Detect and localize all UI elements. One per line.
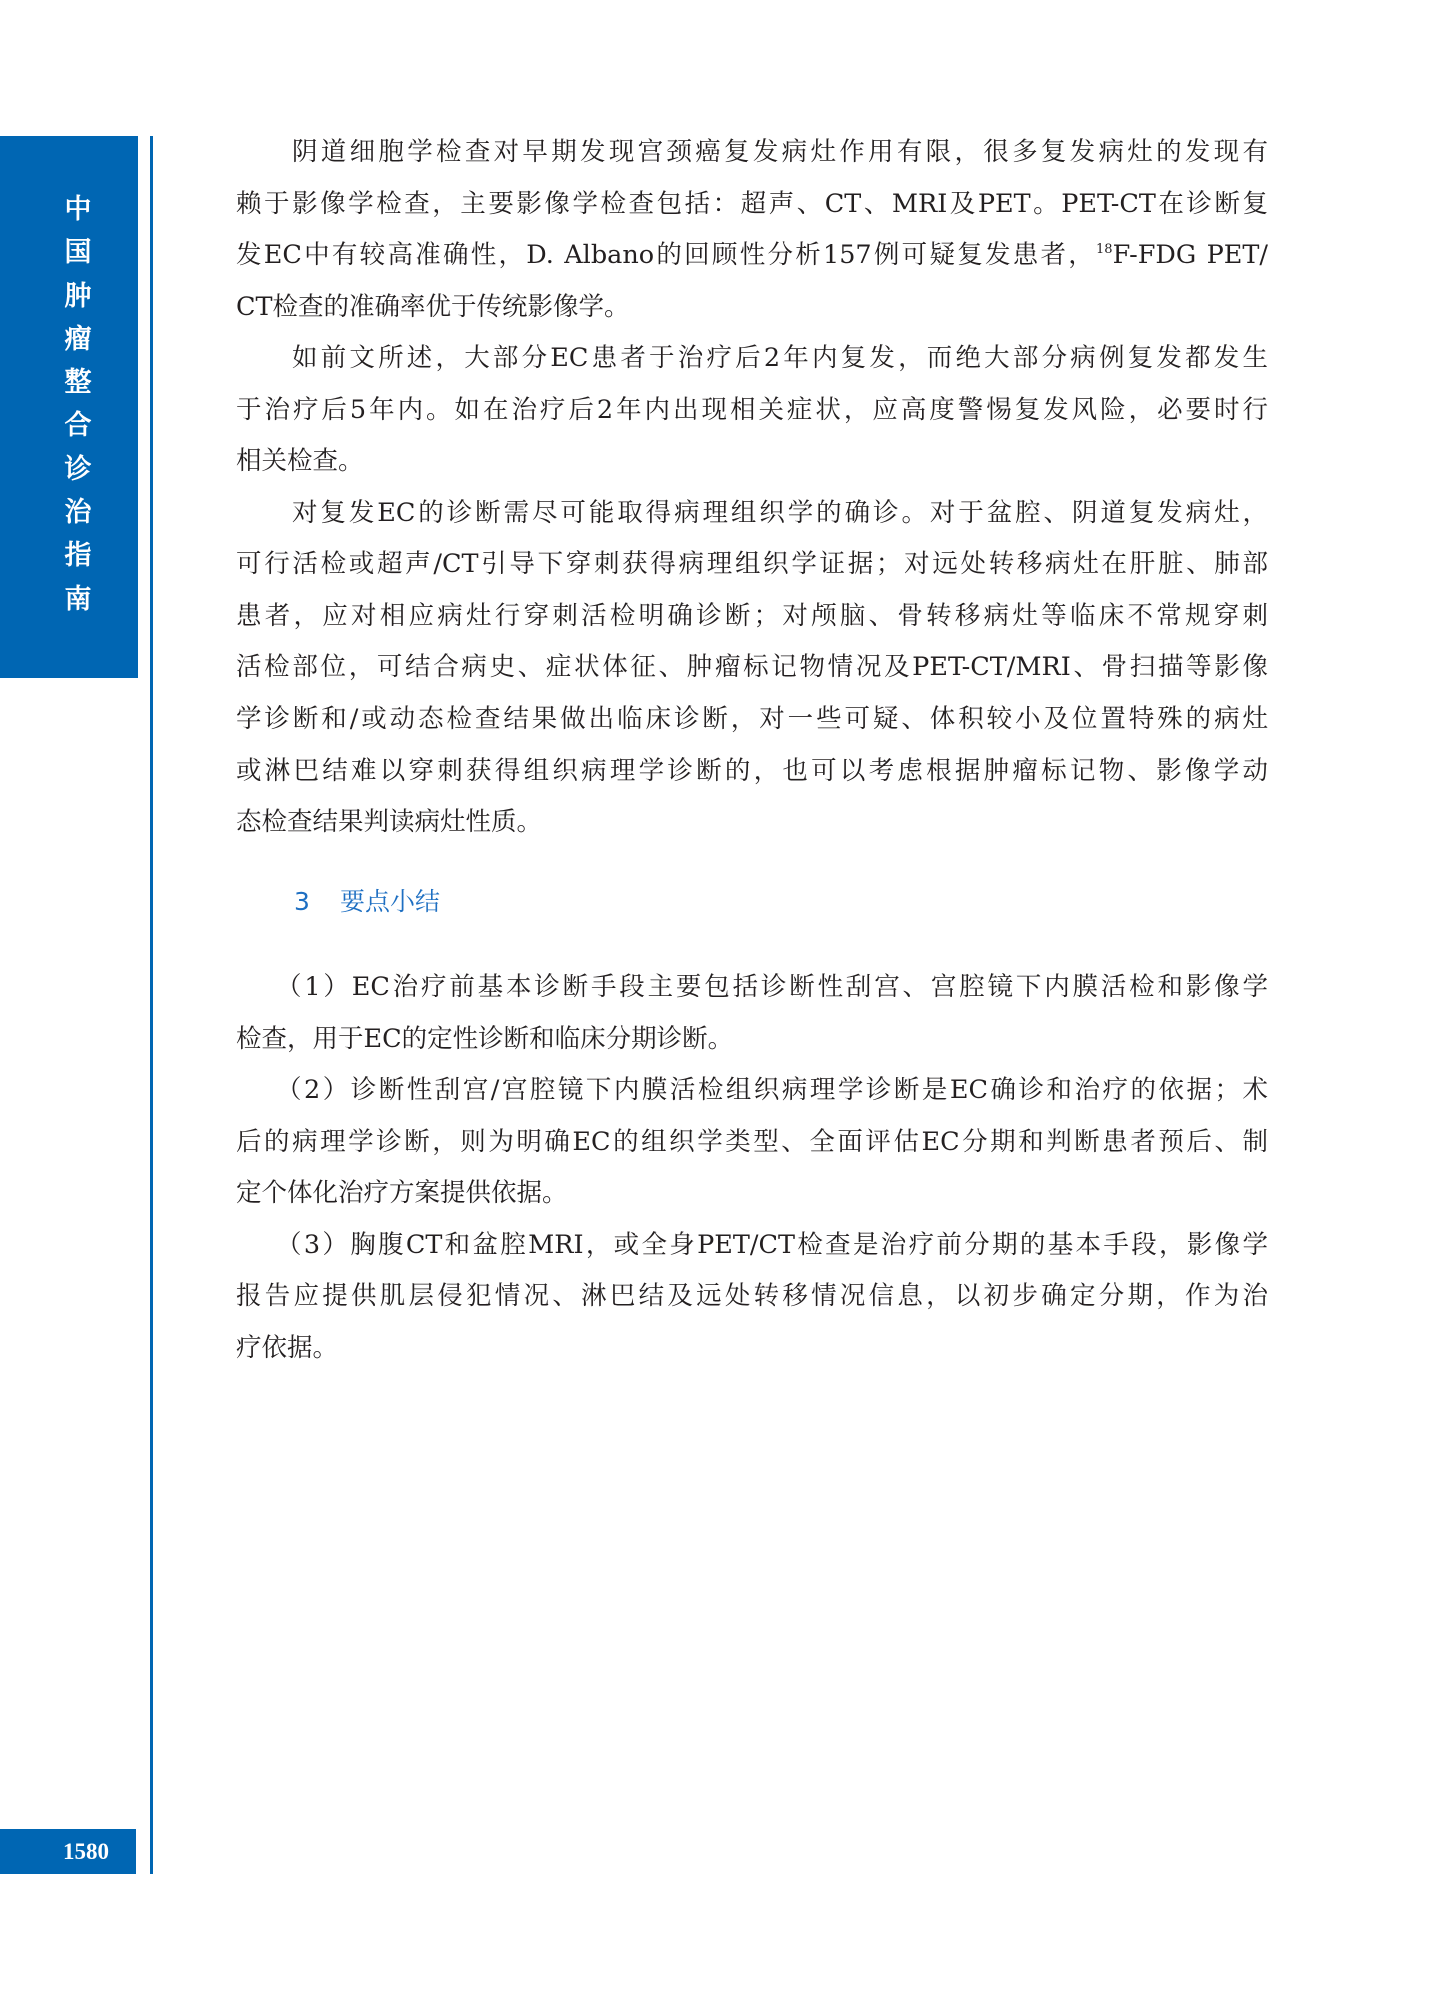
text-line: 报告应提供肌层侵犯情况、淋巴结及远处转移情况信息，以初步确定分期，作为治 xyxy=(236,1271,1268,1323)
text-line: （3）胸腹CT和盆腔MRI，或全身PET/CT检查是治疗前分期的基本手段，影像学 xyxy=(236,1220,1268,1272)
text-line: 赖于影像学检查，主要影像学检查包括：超声、CT、MRI及PET。PET-CT在诊… xyxy=(236,179,1268,231)
book-title-char: 中 xyxy=(65,188,92,231)
section-heading: 3要点小结 xyxy=(294,876,440,928)
page-number: 1580 xyxy=(0,1829,136,1874)
text-line: （1）EC治疗前基本诊断手段主要包括诊断性刮宫、宫腔镜下内膜活检和影像学 xyxy=(236,962,1268,1014)
text-span: F-FDG PET/ xyxy=(1113,240,1268,270)
text-line: 活检部位，可结合病史、症状体征、肿瘤标记物情况及PET-CT/MRI、骨扫描等影… xyxy=(236,642,1268,694)
book-title-char: 国 xyxy=(65,231,92,274)
book-title-char: 南 xyxy=(65,578,92,621)
text-line: 学诊断和/或动态检查结果做出临床诊断，对一些可疑、体积较小及位置特殊的病灶 xyxy=(236,694,1268,746)
book-title-char: 指 xyxy=(65,534,92,577)
text-line: 阴道细胞学检查对早期发现宫颈癌复发病灶作用有限，很多复发病灶的发现有 xyxy=(236,127,1268,179)
text-line: 或淋巴结难以穿刺获得组织病理学诊断的，也可以考虑根据肿瘤标记物、影像学动 xyxy=(236,746,1268,798)
body-text: 阴道细胞学检查对早期发现宫颈癌复发病灶作用有限，很多复发病灶的发现有 赖于影像学… xyxy=(236,127,1268,849)
text-line: 后的病理学诊断，则为明确EC的组织学类型、全面评估EC分期和判断患者预后、制 xyxy=(236,1117,1268,1169)
text-line: 相关检查。 xyxy=(236,436,1268,488)
book-title-char: 诊 xyxy=(65,448,92,491)
text-line: 于治疗后5年内。如在治疗后2年内出现相关症状，应高度警惕复发风险，必要时行 xyxy=(236,385,1268,437)
paragraph-recurrence-timing: 如前文所述，大部分EC患者于治疗后2年内复发，而绝大部分病例复发都发生 于治疗后… xyxy=(236,333,1268,488)
summary-item-2: （2）诊断性刮宫/宫腔镜下内膜活检组织病理学诊断是EC确诊和治疗的依据；术 后的… xyxy=(236,1065,1268,1220)
superscript: 18 xyxy=(1096,242,1113,257)
text-line: 检查，用于EC的定性诊断和临床分期诊断。 xyxy=(236,1014,1268,1066)
book-title-char: 肿 xyxy=(65,275,92,318)
book-title-vertical: 中 国 肿 瘤 整 合 诊 治 指 南 xyxy=(58,188,98,621)
text-line: 发EC中有较高准确性，D. Albano的回顾性分析157例可疑复发患者，18F… xyxy=(236,230,1268,282)
summary-list: （1）EC治疗前基本诊断手段主要包括诊断性刮宫、宫腔镜下内膜活检和影像学 检查，… xyxy=(236,962,1268,1374)
text-line: 可行活检或超声/CT引导下穿刺获得病理组织学证据；对远处转移病灶在肝脏、肺部 xyxy=(236,539,1268,591)
book-title-char: 瘤 xyxy=(65,318,92,361)
text-line: 定个体化治疗方案提供依据。 xyxy=(236,1168,1268,1220)
book-title-char: 治 xyxy=(65,491,92,534)
section-title: 要点小结 xyxy=(340,887,440,916)
summary-item-3: （3）胸腹CT和盆腔MRI，或全身PET/CT检查是治疗前分期的基本手段，影像学… xyxy=(236,1220,1268,1375)
text-line: 对复发EC的诊断需尽可能取得病理组织学的确诊。对于盆腔、阴道复发病灶， xyxy=(236,488,1268,540)
paragraph-recurrence-imaging: 阴道细胞学检查对早期发现宫颈癌复发病灶作用有限，很多复发病灶的发现有 赖于影像学… xyxy=(236,127,1268,333)
text-line: （2）诊断性刮宫/宫腔镜下内膜活检组织病理学诊断是EC确诊和治疗的依据；术 xyxy=(236,1065,1268,1117)
margin-rule xyxy=(150,136,153,1874)
book-title-char: 合 xyxy=(65,404,92,447)
summary-item-1: （1）EC治疗前基本诊断手段主要包括诊断性刮宫、宫腔镜下内膜活检和影像学 检查，… xyxy=(236,962,1268,1065)
section-number: 3 xyxy=(294,876,340,928)
text-line: CT检查的准确率优于传统影像学。 xyxy=(236,282,1268,334)
text-span: 发EC中有较高准确性，D. Albano的回顾性分析157例可疑复发患者， xyxy=(236,240,1096,270)
book-title-char: 整 xyxy=(65,361,92,404)
text-line: 患者，应对相应病灶行穿刺活检明确诊断；对颅脑、骨转移病灶等临床不常规穿刺 xyxy=(236,591,1268,643)
paragraph-recurrence-diagnosis: 对复发EC的诊断需尽可能取得病理组织学的确诊。对于盆腔、阴道复发病灶， 可行活检… xyxy=(236,488,1268,849)
text-line: 如前文所述，大部分EC患者于治疗后2年内复发，而绝大部分病例复发都发生 xyxy=(236,333,1268,385)
text-line: 态检查结果判读病灶性质。 xyxy=(236,797,1268,849)
text-line: 疗依据。 xyxy=(236,1323,1268,1375)
